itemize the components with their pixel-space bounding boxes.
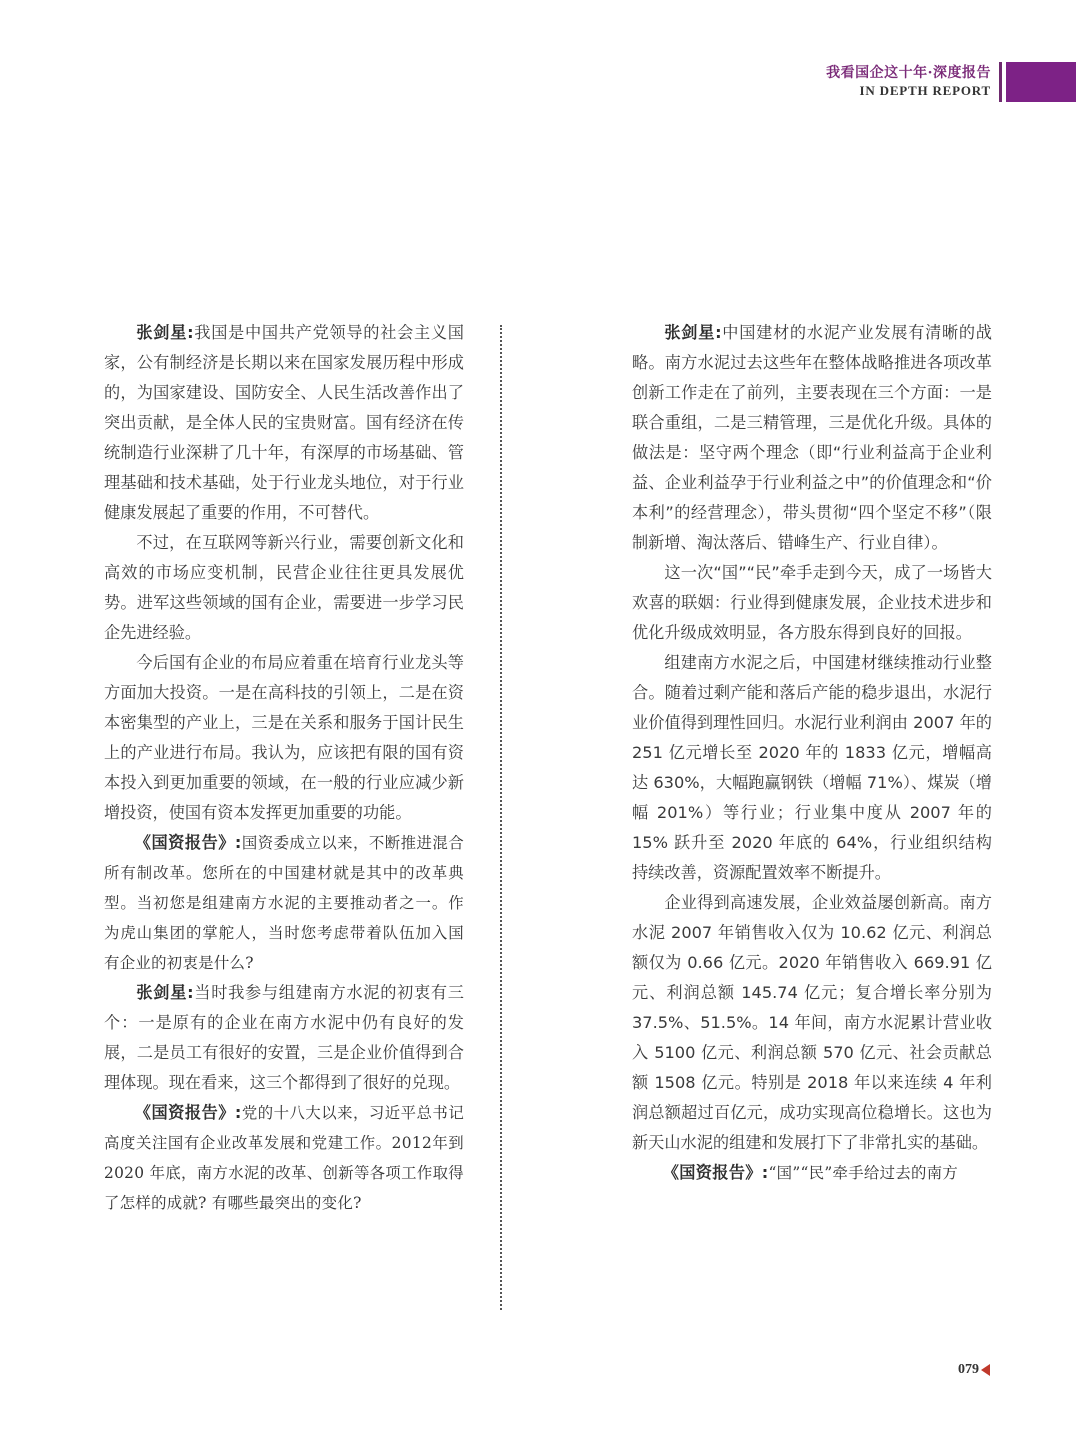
header-accent-block — [1006, 62, 1076, 102]
right-column: 张剑星:中国建材的水泥产业发展有清晰的战略。南方水泥过去这些年在整体战略推进各项… — [632, 318, 992, 1188]
paragraph-text: 组建南方水泥之后，中国建材继续推动行业整合。随着过剩产能和落后产能的稳步退出，水… — [632, 653, 992, 882]
speaker-label: 张剑星: — [136, 323, 193, 342]
paragraph-question: 《国资报告》:“国”“民”牵手给过去的南方 — [632, 1158, 992, 1188]
section-header: 我看国企这十年·深度报告 IN DEPTH REPORT — [826, 62, 1076, 102]
page-arrow-icon — [981, 1364, 990, 1376]
section-title-cn: 我看国企这十年·深度报告 — [826, 64, 991, 82]
paragraph-text: 中国建材的水泥产业发展有清晰的战略。南方水泥过去这些年在整体战略推进各项改革创新… — [632, 323, 992, 552]
paragraph-body: 不过，在互联网等新兴行业，需要创新文化和高效的市场应变机制，民营企业往往更具发展… — [104, 528, 464, 648]
interviewer-label: 《国资报告》: — [663, 1163, 769, 1182]
page-number-text: 079 — [958, 1362, 979, 1378]
paragraph-text: 今后国有企业的布局应着重在培育行业龙头等方面加大投资。一是在高科技的引领上，二是… — [104, 653, 464, 822]
paragraph-question: 《国资报告》:党的十八大以来，习近平总书记高度关注国有企业改革发展和党建工作。2… — [104, 1098, 464, 1218]
paragraph-answer: 张剑星:我国是中国共产党领导的社会主义国家，公有制经济是长期以来在国家发展历程中… — [104, 318, 464, 528]
interviewer-label: 《国资报告》: — [135, 1103, 242, 1122]
paragraph-question: 《国资报告》:国资委成立以来，不断推进混合所有制改革。您所在的中国建材就是其中的… — [104, 828, 464, 978]
speaker-label: 张剑星: — [136, 983, 193, 1002]
page-number: 079 — [958, 1362, 990, 1378]
interviewer-label: 《国资报告》: — [135, 833, 242, 852]
paragraph-text: “国”“民”牵手给过去的南方 — [769, 1164, 959, 1182]
header-accent-line — [999, 62, 1002, 102]
paragraph-text: 这一次“国”“民”牵手走到今天，成了一场皆大欢喜的联姻：行业得到健康发展，企业技… — [632, 563, 992, 642]
paragraph-text: 企业得到高速发展，企业效益屡创新高。南方水泥 2007 年销售收入仅为 10.6… — [632, 893, 992, 1152]
left-column: 张剑星:我国是中国共产党领导的社会主义国家，公有制经济是长期以来在国家发展历程中… — [104, 318, 464, 1218]
paragraph-text: 不过，在互联网等新兴行业，需要创新文化和高效的市场应变机制，民营企业往往更具发展… — [104, 533, 464, 642]
column-divider — [500, 325, 502, 1310]
paragraph-body: 这一次“国”“民”牵手走到今天，成了一场皆大欢喜的联姻：行业得到健康发展，企业技… — [632, 558, 992, 648]
speaker-label: 张剑星: — [664, 323, 721, 342]
paragraph-answer: 张剑星:当时我参与组建南方水泥的初衷有三个：一是原有的企业在南方水泥中仍有良好的… — [104, 978, 464, 1098]
paragraph-body: 组建南方水泥之后，中国建材继续推动行业整合。随着过剩产能和落后产能的稳步退出，水… — [632, 648, 992, 888]
paragraph-body: 企业得到高速发展，企业效益屡创新高。南方水泥 2007 年销售收入仅为 10.6… — [632, 888, 992, 1158]
paragraph-answer: 张剑星:中国建材的水泥产业发展有清晰的战略。南方水泥过去这些年在整体战略推进各项… — [632, 318, 992, 558]
section-header-text: 我看国企这十年·深度报告 IN DEPTH REPORT — [826, 62, 999, 102]
paragraph-text: 我国是中国共产党领导的社会主义国家，公有制经济是长期以来在国家发展历程中形成的，… — [104, 323, 464, 522]
section-title-en: IN DEPTH REPORT — [826, 82, 991, 100]
paragraph-text: 国资委成立以来，不断推进混合所有制改革。您所在的中国建材就是其中的改革典型。当初… — [104, 834, 464, 972]
paragraph-body: 今后国有企业的布局应着重在培育行业龙头等方面加大投资。一是在高科技的引领上，二是… — [104, 648, 464, 828]
